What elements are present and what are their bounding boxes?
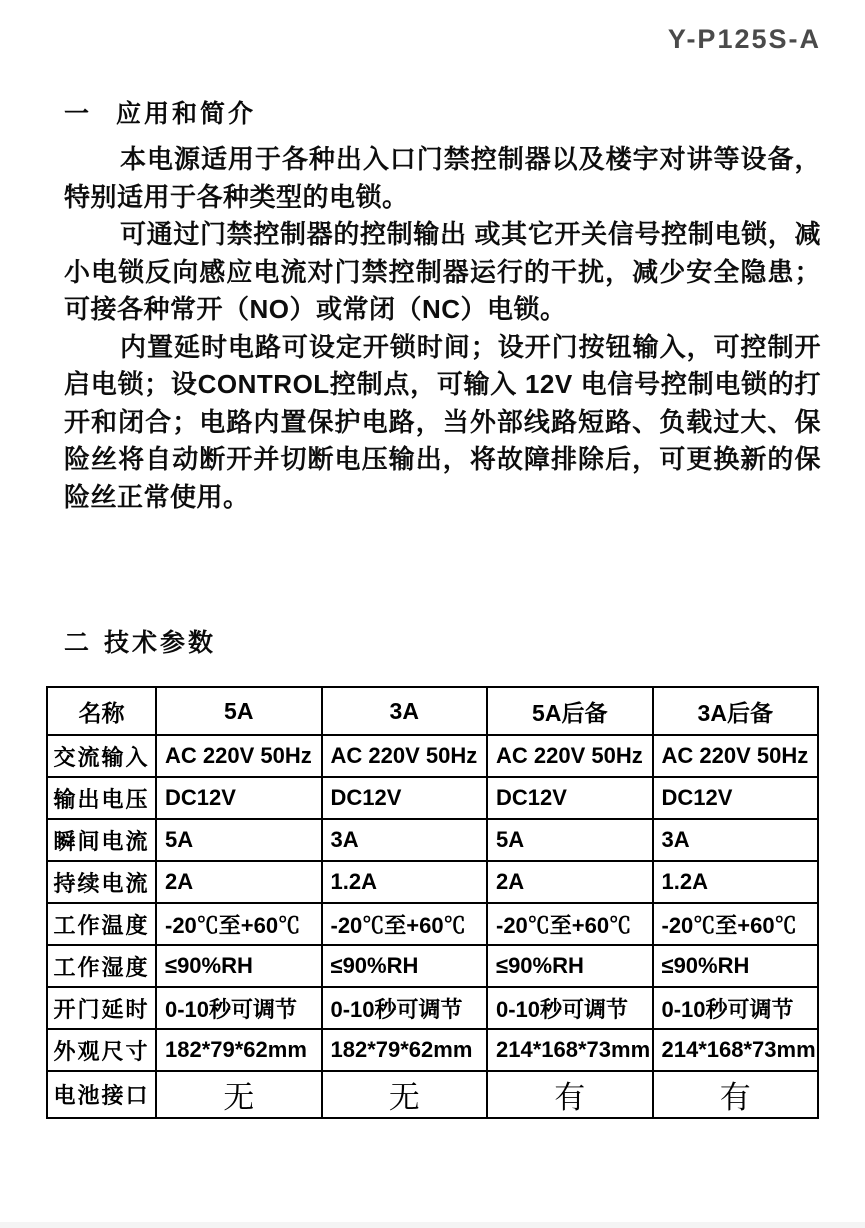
row-value: 1.2A [653,861,819,903]
row-label: 输出电压 [47,777,156,819]
row-value: 182*79*62mm [156,1029,322,1071]
row-value: AC 220V 50Hz [487,735,653,777]
section1-heading: 一应用和简介 [64,94,256,130]
row-label: 交流输入 [47,735,156,777]
row-value: -20℃至+60℃ [156,903,322,945]
row-value: 0-10秒可调节 [322,987,488,1029]
intro-paragraph-2: 可通过门禁控制器的控制输出 或其它开关信号控制电锁，减小电锁反向感应电流对门禁控… [64,216,821,329]
table-row: 外观尺寸182*79*62mm182*79*62mm214*168*73mm21… [47,1029,818,1071]
table-header-cell: 5A后备 [487,687,653,735]
row-value: ≤90%RH [653,945,819,987]
row-value: DC12V [487,777,653,819]
row-value: ≤90%RH [322,945,488,987]
table-row: 交流输入AC 220V 50HzAC 220V 50HzAC 220V 50Hz… [47,735,818,777]
row-label: 外观尺寸 [47,1029,156,1071]
table-header-cell: 3A [322,687,488,735]
row-value: 214*168*73mm [653,1029,819,1071]
row-value: AC 220V 50Hz [156,735,322,777]
row-value: ≤90%RH [156,945,322,987]
row-value: 0-10秒可调节 [653,987,819,1029]
row-value: 5A [487,819,653,861]
table-row: 输出电压DC12VDC12VDC12VDC12V [47,777,818,819]
table-header-cell: 名称 [47,687,156,735]
table-row: 工作温度-20℃至+60℃-20℃至+60℃-20℃至+60℃-20℃至+60℃ [47,903,818,945]
row-value: 5A [156,819,322,861]
row-value: 3A [653,819,819,861]
row-value: 2A [156,861,322,903]
row-value: DC12V [322,777,488,819]
row-value: 3A [322,819,488,861]
row-value: AC 220V 50Hz [322,735,488,777]
row-value: DC12V [156,777,322,819]
table-row: 电池接口无无有有 [47,1071,818,1118]
row-label: 开门延时 [47,987,156,1029]
intro-paragraph-1: 本电源适用于各种出入口门禁控制器以及楼宇对讲等设备，特别适用于各种类型的电锁。 [64,141,821,216]
row-value: 无 [156,1071,322,1118]
section2-heading-number: 二 [64,629,92,657]
page-bottom-edge [0,1222,865,1228]
row-value: 有 [653,1071,819,1118]
row-value: -20℃至+60℃ [322,903,488,945]
table-header-cell: 5A [156,687,322,735]
row-label: 瞬间电流 [47,819,156,861]
spec-table: 名称5A3A5A后备3A后备交流输入AC 220V 50HzAC 220V 50… [46,686,819,1119]
table-row: 瞬间电流5A3A5A3A [47,819,818,861]
table-row: 工作湿度≤90%RH≤90%RH≤90%RH≤90%RH [47,945,818,987]
row-value: 214*168*73mm [487,1029,653,1071]
section2-heading-title: 技术参数 [104,629,216,657]
row-value: 1.2A [322,861,488,903]
intro-paragraphs: 本电源适用于各种出入口门禁控制器以及楼宇对讲等设备，特别适用于各种类型的电锁。可… [64,141,821,516]
row-value: DC12V [653,777,819,819]
row-value: 182*79*62mm [322,1029,488,1071]
row-value: -20℃至+60℃ [653,903,819,945]
table-header-row: 名称5A3A5A后备3A后备 [47,687,818,735]
intro-paragraph-3: 内置延时电路可设定开锁时间；设开门按钮输入，可控制开启电锁；设CONTROL控制… [64,329,821,517]
row-value: ≤90%RH [487,945,653,987]
row-label: 工作温度 [47,903,156,945]
table-header-cell: 3A后备 [653,687,819,735]
row-value: 有 [487,1071,653,1118]
row-value: 0-10秒可调节 [487,987,653,1029]
row-value: 2A [487,861,653,903]
row-label: 电池接口 [47,1071,156,1118]
row-label: 持续电流 [47,861,156,903]
row-value: -20℃至+60℃ [487,903,653,945]
section2-heading: 二技术参数 [64,623,216,659]
row-value: 0-10秒可调节 [156,987,322,1029]
model-number: Y-P125S-A [668,24,821,55]
manual-page: Y-P125S-A 一应用和简介 本电源适用于各种出入口门禁控制器以及楼宇对讲等… [0,0,865,1228]
section1-heading-title: 应用和简介 [116,100,256,128]
row-value: 无 [322,1071,488,1118]
table-row: 开门延时0-10秒可调节0-10秒可调节0-10秒可调节0-10秒可调节 [47,987,818,1029]
section1-heading-number: 一 [64,100,92,128]
table-row: 持续电流2A1.2A2A1.2A [47,861,818,903]
row-label: 工作湿度 [47,945,156,987]
row-value: AC 220V 50Hz [653,735,819,777]
